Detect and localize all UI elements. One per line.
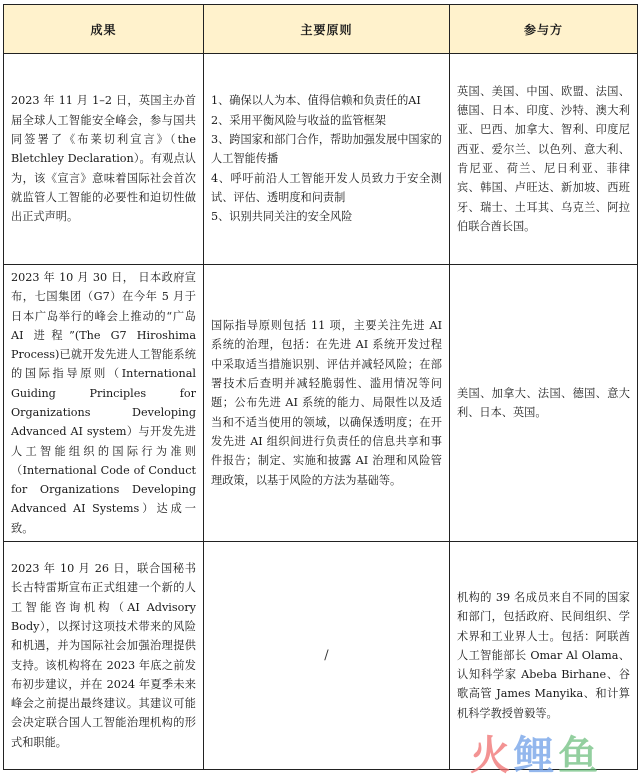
- principles-cell: 1、确保以人为本、值得信赖和负责任的AI 2、采用平衡风险与收益的监管框架 3、…: [204, 54, 450, 265]
- watermark-logo: 火 鲤 鱼: [470, 734, 598, 778]
- header-outcome: 成果: [4, 5, 204, 54]
- principles-cell: 国际指导原则包括 11 项，主要关注先进 AI 系统的治理，包括：在先进 AI …: [204, 265, 450, 542]
- watermark-char: 火: [470, 734, 510, 778]
- outcome-cell: 2023 年 11 月 1–2 日，英国主办首届全球人工智能安全峰会，参与国共同…: [4, 54, 204, 265]
- participants-cell: 英国、美国、中国、欧盟、法国、德国、日本、印度、沙特、澳大利亚、巴西、加拿大、智…: [450, 54, 638, 265]
- header-principles: 主要原则: [204, 5, 450, 54]
- principle-item: 1、确保以人为本、值得信赖和负责任的AI: [211, 91, 442, 110]
- principle-item: 3、跨国家和部门合作，帮助加强发展中国家的人工智能传播: [211, 130, 442, 169]
- table-row-bletchley: 2023 年 11 月 1–2 日，英国主办首届全球人工智能安全峰会，参与国共同…: [4, 54, 638, 265]
- outcome-cell: 2023 年 10 月 26 日，联合国秘书长古特雷斯宣布正式组建一个新的人工智…: [4, 542, 204, 770]
- principle-item: 5、识别共同关注的安全风险: [211, 207, 442, 226]
- principles-cell: /: [204, 542, 450, 770]
- header-row: 成果 主要原则 参与方: [4, 5, 638, 54]
- principle-item: 2、采用平衡风险与收益的监管框架: [211, 111, 442, 130]
- principle-item: 4、呼吁前沿人工智能开发人员致力于安全测试、评估、透明度和问责制: [211, 169, 442, 208]
- watermark-char: 鱼: [558, 734, 598, 778]
- watermark-char: 鲤: [514, 734, 554, 778]
- ai-governance-table: 成果 主要原则 参与方 2023 年 11 月 1–2 日，英国主办首届全球人工…: [3, 4, 638, 770]
- outcome-cell: 2023 年 10 月 30 日， 日本政府宣布，七国集团（G7）在今年 5 月…: [4, 265, 204, 542]
- participants-cell: 美国、加拿大、法国、德国、意大利、日本、英国。: [450, 265, 638, 542]
- table-row-hiroshima: 2023 年 10 月 30 日， 日本政府宣布，七国集团（G7）在今年 5 月…: [4, 265, 638, 542]
- header-participants: 参与方: [450, 5, 638, 54]
